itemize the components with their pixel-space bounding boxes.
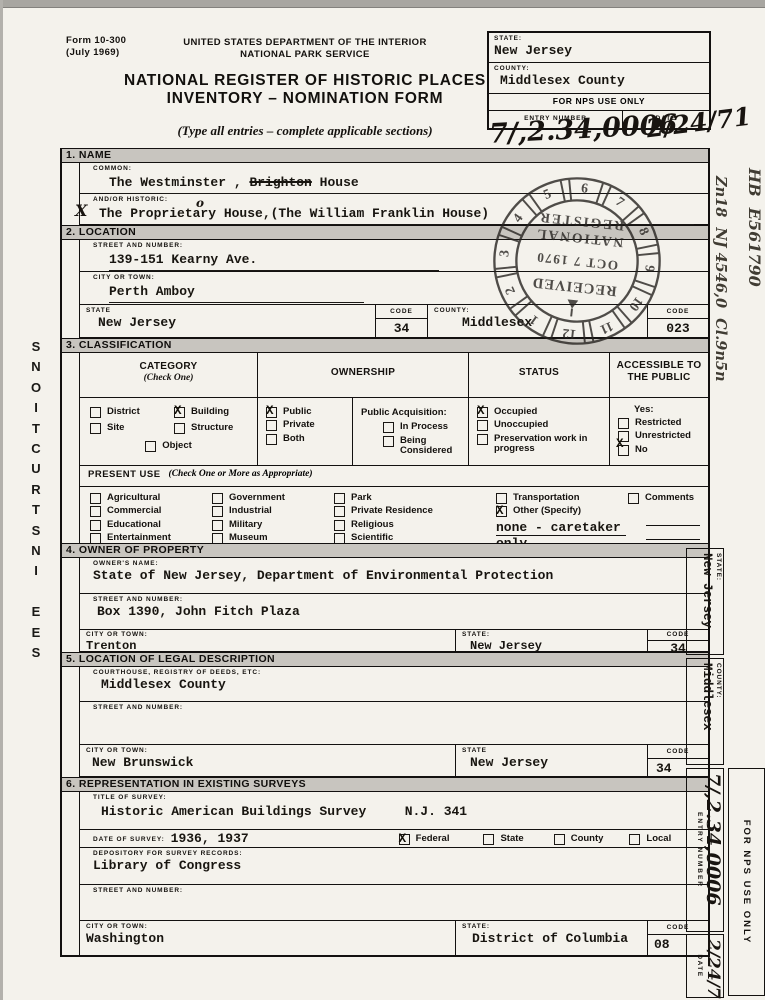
section-owner: OWNER'S NAME: State of New Jersey, Depar… <box>62 558 708 652</box>
checkbox-in-process-box <box>383 422 394 433</box>
margin-county-box: COUNTY: Middlesex <box>686 658 724 765</box>
checkbox-commercial: Commercial <box>90 506 212 517</box>
checkbox-industrial-label: Industrial <box>229 506 272 517</box>
survey-depository-row: DEPOSITORY FOR SURVEY RECORDS: Library o… <box>80 848 708 885</box>
checkbox-state-label: State <box>500 834 523 845</box>
checkbox-private-box <box>266 420 277 431</box>
margin-date-box: 2/24/71 DATE <box>686 934 724 998</box>
ownership-body-cell: Public Private Both Public Acquisition: … <box>257 398 468 465</box>
checkbox-preservation-work-label: Preservation work in progress <box>494 434 598 456</box>
checkbox-both-box <box>266 434 277 445</box>
section-surveys: TITLE OF SURVEY: Historic American Build… <box>62 792 708 957</box>
checkbox-object: Object <box>145 441 192 452</box>
common-prefix: The Westminster , <box>109 175 249 190</box>
legal-street-row: STREET AND NUMBER: <box>80 702 708 745</box>
owner-state-label: STATE: <box>462 631 647 639</box>
nps-state-value: New Jersey <box>494 43 704 59</box>
checkbox-educational-label: Educational <box>107 520 161 531</box>
checkbox-other-box <box>496 506 507 517</box>
svg-text:1: 1 <box>527 312 541 328</box>
historic-o-correction: o <box>196 196 204 210</box>
scan-edge-left <box>0 0 3 1000</box>
checkbox-local-box <box>629 834 640 845</box>
section-bar-surveys: 6. REPRESENTATION IN EXISTING SURVEYS <box>62 777 708 792</box>
margin-date-label: DATE <box>695 939 703 993</box>
checkbox-no-box <box>618 445 629 456</box>
svg-text:3: 3 <box>496 249 512 258</box>
department-line: UNITED STATES DEPARTMENT OF THE INTERIOR <box>130 37 480 49</box>
checkbox-other: Other (Specify) <box>496 506 628 517</box>
checkbox-federal-box <box>399 834 410 845</box>
checkbox-industrial-box <box>212 506 223 517</box>
checkbox-county: County <box>554 834 604 845</box>
section-bar-legal: 5. LOCATION OF LEGAL DESCRIPTION <box>62 652 708 667</box>
margin-state-label: STATE: <box>714 553 722 650</box>
form-number-block: Form 10-300 (July 1969) <box>66 35 126 59</box>
survey-title-label: TITLE OF SURVEY: <box>93 794 704 802</box>
checkbox-unoccupied-label: Unoccupied <box>494 420 548 431</box>
checkbox-state-box <box>483 834 494 845</box>
common-value-line: The Westminster , Brighton House <box>109 173 539 193</box>
status-header: STATUS <box>469 367 609 379</box>
svg-text:OCT 7 1970: OCT 7 1970 <box>535 250 619 274</box>
scanned-form-page: Form 10-300 (July 1969) UNITED STATES DE… <box>0 0 765 1000</box>
checkbox-private-residence-label: Private Residence <box>351 506 433 517</box>
other-specify-value-line1: none - caretaker <box>496 520 626 536</box>
checkbox-preservation-work-box <box>477 434 488 445</box>
checkbox-in-process-label: In Process <box>400 422 448 433</box>
svg-text:2: 2 <box>502 285 519 297</box>
survey-title-row: TITLE OF SURVEY: Historic American Build… <box>80 792 708 830</box>
checkbox-comments: Comments <box>628 493 708 504</box>
location-street-line: 139-151 Kearny Ave. <box>109 250 439 270</box>
survey-city-row: CITY OR TOWN: Washington STATE: District… <box>80 921 708 957</box>
checkbox-unoccupied: Unoccupied <box>477 420 609 431</box>
checkbox-agricultural-box <box>90 493 101 504</box>
location-state-label: STATE <box>86 307 375 315</box>
legal-city-row: CITY OR TOWN: New Brunswick STATE New Je… <box>80 745 708 777</box>
checkbox-public: Public <box>266 407 352 418</box>
checkbox-both-label: Both <box>283 434 305 445</box>
checkbox-building-label: Building <box>191 407 229 418</box>
margin-date-value: 2/24/71 <box>703 939 723 993</box>
checkbox-military: Military <box>212 520 334 531</box>
received-stamp-svg: 121234567891011RECEIVEDOCT 7 1970NATIONA… <box>489 173 665 354</box>
legal-state-cell: STATE New Jersey <box>455 745 647 776</box>
category-header: CATEGORY <box>80 361 257 373</box>
checkbox-unrestricted-label: Unrestricted <box>635 431 691 442</box>
historic-x-mark: X <box>75 201 87 220</box>
checkbox-structure: Structure <box>174 423 255 434</box>
checkbox-district-box <box>90 407 101 418</box>
checkbox-local: Local <box>629 834 671 845</box>
checkbox-occupied: Occupied <box>477 407 609 418</box>
agency-block: UNITED STATES DEPARTMENT OF THE INTERIOR… <box>130 37 480 61</box>
checkbox-restricted-label: Restricted <box>635 418 681 429</box>
legal-city-value: New Brunswick <box>86 755 455 771</box>
checkbox-park: Park <box>334 493 496 504</box>
present-use-body: Agricultural Commercial Educational Ente… <box>80 487 708 546</box>
checkbox-district-label: District <box>107 407 140 418</box>
accessible-header: ACCESSIBLE TO THE PUBLIC <box>614 360 704 384</box>
checkbox-religious: Religious <box>334 520 496 531</box>
nps-county-value: Middlesex County <box>494 73 704 89</box>
legal-courthouse-value: Middlesex County <box>93 677 704 693</box>
location-code-label: CODE <box>376 305 427 319</box>
checkbox-being-considered-label: Being Considered <box>400 436 468 458</box>
svg-text:8: 8 <box>636 225 653 237</box>
checkbox-private-residence: Private Residence <box>334 506 496 517</box>
margin-note-2: Zn18 NJ 4546,0 Cl.9n5n <box>703 176 729 442</box>
location-city-line: Perth Amboy <box>109 282 364 302</box>
category-header-cell: CATEGORY (Check One) <box>80 353 257 398</box>
legal-city-cell: CITY OR TOWN: New Brunswick <box>80 745 455 776</box>
see-instructions-vertical: S N O I T C U R T S N I E E S <box>23 337 49 664</box>
checkbox-park-label: Park <box>351 493 372 504</box>
legal-state-value: New Jersey <box>462 755 647 771</box>
survey-depository-value: Library of Congress <box>93 858 704 874</box>
checkbox-both: Both <box>266 434 352 445</box>
checkbox-government: Government <box>212 493 334 504</box>
checkbox-other-label: Other (Specify) <box>513 506 581 517</box>
checkbox-occupied-label: Occupied <box>494 407 537 418</box>
margin-entry-value: 7/,2.34,0006 <box>703 773 723 927</box>
survey-state-cell: STATE: District of Columbia <box>455 921 647 956</box>
checkbox-private: Private <box>266 420 352 431</box>
svg-text:5: 5 <box>541 186 553 203</box>
svg-text:4: 4 <box>510 211 526 225</box>
owner-name-label: OWNER'S NAME: <box>93 560 704 568</box>
survey-title-number: N.J. 341 <box>405 804 467 819</box>
survey-date-label: DATE OF SURVEY: <box>93 836 165 844</box>
checkbox-occupied-box <box>477 407 488 418</box>
checkbox-building: Building <box>174 407 255 418</box>
checkbox-unrestricted: Unrestricted <box>618 431 708 442</box>
location-state-cell: STATE New Jersey <box>80 305 375 337</box>
received-stamp: 121234567891011RECEIVEDOCT 7 1970NATIONA… <box>489 173 665 349</box>
margin-entry-box: 7/,2.34,0006 ENTRY NUMBER <box>686 768 724 932</box>
checkbox-transportation: Transportation <box>496 493 628 504</box>
survey-city-value: Washington <box>86 931 455 947</box>
common-suffix: House <box>312 175 359 190</box>
checkbox-restricted-box <box>618 418 629 429</box>
checkbox-comments-label: Comments <box>645 493 694 504</box>
checkbox-public-label: Public <box>283 407 312 418</box>
common-struck-word: Brighton <box>249 175 311 190</box>
legal-courthouse-row: COURTHOUSE, REGISTRY OF DEEDS, ETC: Midd… <box>80 667 708 702</box>
owner-city-row: CITY OR TOWN: Trenton STATE: New Jersey … <box>80 630 708 652</box>
svg-text:9: 9 <box>642 264 658 273</box>
nps-state-label: STATE: <box>494 35 704 43</box>
survey-date-row: DATE OF SURVEY: 1936, 1937 Federal State… <box>80 830 708 848</box>
owner-street-row: STREET AND NUMBER: Box 1390, John Fitch … <box>80 594 708 630</box>
survey-title-line: Historic American Buildings Survey N.J. … <box>93 802 704 820</box>
ownership-header: OWNERSHIP <box>258 367 468 379</box>
status-body-cell: Occupied Unoccupied Preservation work in… <box>468 398 609 465</box>
form-title-line2: INVENTORY – NOMINATION FORM <box>105 90 505 108</box>
checkbox-industrial: Industrial <box>212 506 334 517</box>
location-city-value: Perth Amboy <box>109 284 195 299</box>
accessible-header-cell: ACCESSIBLE TO THE PUBLIC <box>609 353 708 398</box>
survey-street-label: STREET AND NUMBER: <box>93 887 704 895</box>
location-street-value: 139-151 Kearny Ave. <box>109 252 257 267</box>
checkbox-park-box <box>334 493 345 504</box>
category-body-cell: District Building Site Structure Object <box>80 398 257 465</box>
checkbox-site-box <box>90 423 101 434</box>
nps-county-label: COUNTY: <box>494 65 704 73</box>
svg-text:12: 12 <box>562 326 577 342</box>
service-line: NATIONAL PARK SERVICE <box>130 49 480 61</box>
legal-courthouse-label: COURTHOUSE, REGISTRY OF DEEDS, ETC: <box>93 669 704 677</box>
present-use-header-row: PRESENT USE (Check One or More as Approp… <box>80 466 708 487</box>
checkbox-comments-box <box>628 493 639 504</box>
form-title-block: NATIONAL REGISTER OF HISTORIC PLACES INV… <box>105 72 505 108</box>
checkbox-structure-label: Structure <box>191 423 233 434</box>
checkbox-object-label: Object <box>162 441 192 452</box>
margin-state-box: STATE: New Jersey <box>686 548 724 655</box>
margin-note-1: HB E561790 <box>734 168 764 358</box>
form-revision: (July 1969) <box>66 47 126 59</box>
form-number: Form 10-300 <box>66 35 126 47</box>
checkbox-structure-box <box>174 423 185 434</box>
form-title-line1: NATIONAL REGISTER OF HISTORIC PLACES <box>105 72 505 90</box>
checkbox-military-box <box>212 520 223 531</box>
present-use-subheader: (Check One or More as Appropriate) <box>169 469 313 479</box>
owner-city-label: CITY OR TOWN: <box>86 631 455 639</box>
owner-name-value: State of New Jersey, Department of Envir… <box>93 568 704 584</box>
checkbox-educational-box <box>90 520 101 531</box>
checkbox-commercial-label: Commercial <box>107 506 161 517</box>
survey-state-label: STATE: <box>462 923 647 931</box>
comments-underline-2 <box>646 526 700 540</box>
checkbox-commercial-box <box>90 506 101 517</box>
checkbox-government-box <box>212 493 223 504</box>
checkbox-educational: Educational <box>90 520 212 531</box>
section-legal: COURTHOUSE, REGISTRY OF DEEDS, ETC: Midd… <box>62 667 708 777</box>
margin-nps-only-box: FOR NPS USE ONLY <box>728 768 765 996</box>
section-classification: CATEGORY (Check One) OWNERSHIP STATUS AC… <box>62 353 708 543</box>
nps-county-row: COUNTY: Middlesex County <box>489 63 709 94</box>
legal-street-label: STREET AND NUMBER: <box>93 704 704 712</box>
checkbox-county-label: County <box>571 834 604 845</box>
checkbox-religious-label: Religious <box>351 520 394 531</box>
checkbox-agricultural-label: Agricultural <box>107 493 160 504</box>
margin-nps-only-label: FOR NPS USE ONLY <box>741 820 752 945</box>
checkbox-no: No <box>618 445 708 456</box>
svg-text:7: 7 <box>613 194 627 210</box>
checkbox-preservation-work: Preservation work in progress <box>477 434 609 456</box>
accessible-body-cell: Yes: Restricted Unrestricted No <box>609 398 708 465</box>
owner-street-value: Box 1390, John Fitch Plaza <box>93 604 704 620</box>
location-state-code: 34 <box>376 319 427 336</box>
common-value: The Westminster , Brighton House <box>109 175 359 190</box>
checkbox-religious-box <box>334 520 345 531</box>
scan-edge-top <box>0 0 765 8</box>
legal-state-label: STATE <box>462 747 647 755</box>
checkbox-transportation-label: Transportation <box>513 493 580 504</box>
checkbox-in-process: In Process <box>383 422 468 433</box>
survey-depository-label: DEPOSITORY FOR SURVEY RECORDS: <box>93 850 704 858</box>
checkbox-building-box <box>174 407 185 418</box>
checkbox-unoccupied-box <box>477 420 488 431</box>
margin-state-value: New Jersey <box>698 553 714 650</box>
checkbox-military-label: Military <box>229 520 262 531</box>
public-acquisition-label: Public Acquisition: <box>361 407 468 418</box>
svg-text:RECEIVED: RECEIVED <box>531 274 617 299</box>
checkbox-no-label: No <box>635 445 648 456</box>
checkbox-local-label: Local <box>646 834 671 845</box>
checkbox-federal-label: Federal <box>416 834 450 845</box>
owner-name-row: OWNER'S NAME: State of New Jersey, Depar… <box>80 558 708 594</box>
margin-county-label: COUNTY: <box>714 663 722 760</box>
status-header-cell: STATUS <box>468 353 609 398</box>
comments-underline-1 <box>646 512 700 526</box>
checkbox-being-considered-box <box>383 436 394 447</box>
checkbox-being-considered: Being Considered <box>383 436 468 458</box>
checkbox-district: District <box>90 407 174 418</box>
checkbox-site-label: Site <box>107 423 124 434</box>
checkbox-state: State <box>483 834 523 845</box>
checkbox-object-box <box>145 441 156 452</box>
present-use-header: PRESENT USE <box>88 469 161 480</box>
checkbox-public-box <box>266 407 277 418</box>
type-instruction: (Type all entries – complete applicable … <box>105 123 505 138</box>
location-state-value: New Jersey <box>86 315 375 331</box>
survey-city-label: CITY OR TOWN: <box>86 923 455 931</box>
survey-state-value: District of Columbia <box>462 931 647 947</box>
ownership-header-cell: OWNERSHIP <box>257 353 468 398</box>
checkbox-restricted: Restricted <box>618 418 708 429</box>
category-subheader: (Check One) <box>80 373 257 383</box>
survey-date-value: 1936, 1937 <box>171 831 249 847</box>
accessible-yes-label: Yes: <box>634 404 708 415</box>
checkbox-government-label: Government <box>229 493 285 504</box>
checkbox-federal: Federal <box>399 834 450 845</box>
nps-state-row: STATE: New Jersey <box>489 33 709 63</box>
survey-street-row: STREET AND NUMBER: <box>80 885 708 921</box>
location-state-code-cell: CODE 34 <box>375 305 427 337</box>
checkbox-agricultural: Agricultural <box>90 493 212 504</box>
checkbox-site: Site <box>90 423 174 434</box>
survey-city-cell: CITY OR TOWN: Washington <box>80 921 455 956</box>
checkbox-transportation-box <box>496 493 507 504</box>
historic-value: The Proprietary House,(The William Frank… <box>99 206 489 221</box>
legal-city-label: CITY OR TOWN: <box>86 747 455 755</box>
section-bar-name: 1. NAME <box>62 148 708 163</box>
section-bar-owner: 4. OWNER OF PROPERTY <box>62 543 708 558</box>
checkbox-private-residence-box <box>334 506 345 517</box>
checkbox-county-box <box>554 834 565 845</box>
survey-title-value: Historic American Buildings Survey <box>101 804 366 819</box>
margin-county-value: Middlesex <box>698 663 714 760</box>
checkbox-private-label: Private <box>283 420 315 431</box>
owner-street-label: STREET AND NUMBER: <box>93 596 704 604</box>
svg-text:6: 6 <box>580 180 589 196</box>
